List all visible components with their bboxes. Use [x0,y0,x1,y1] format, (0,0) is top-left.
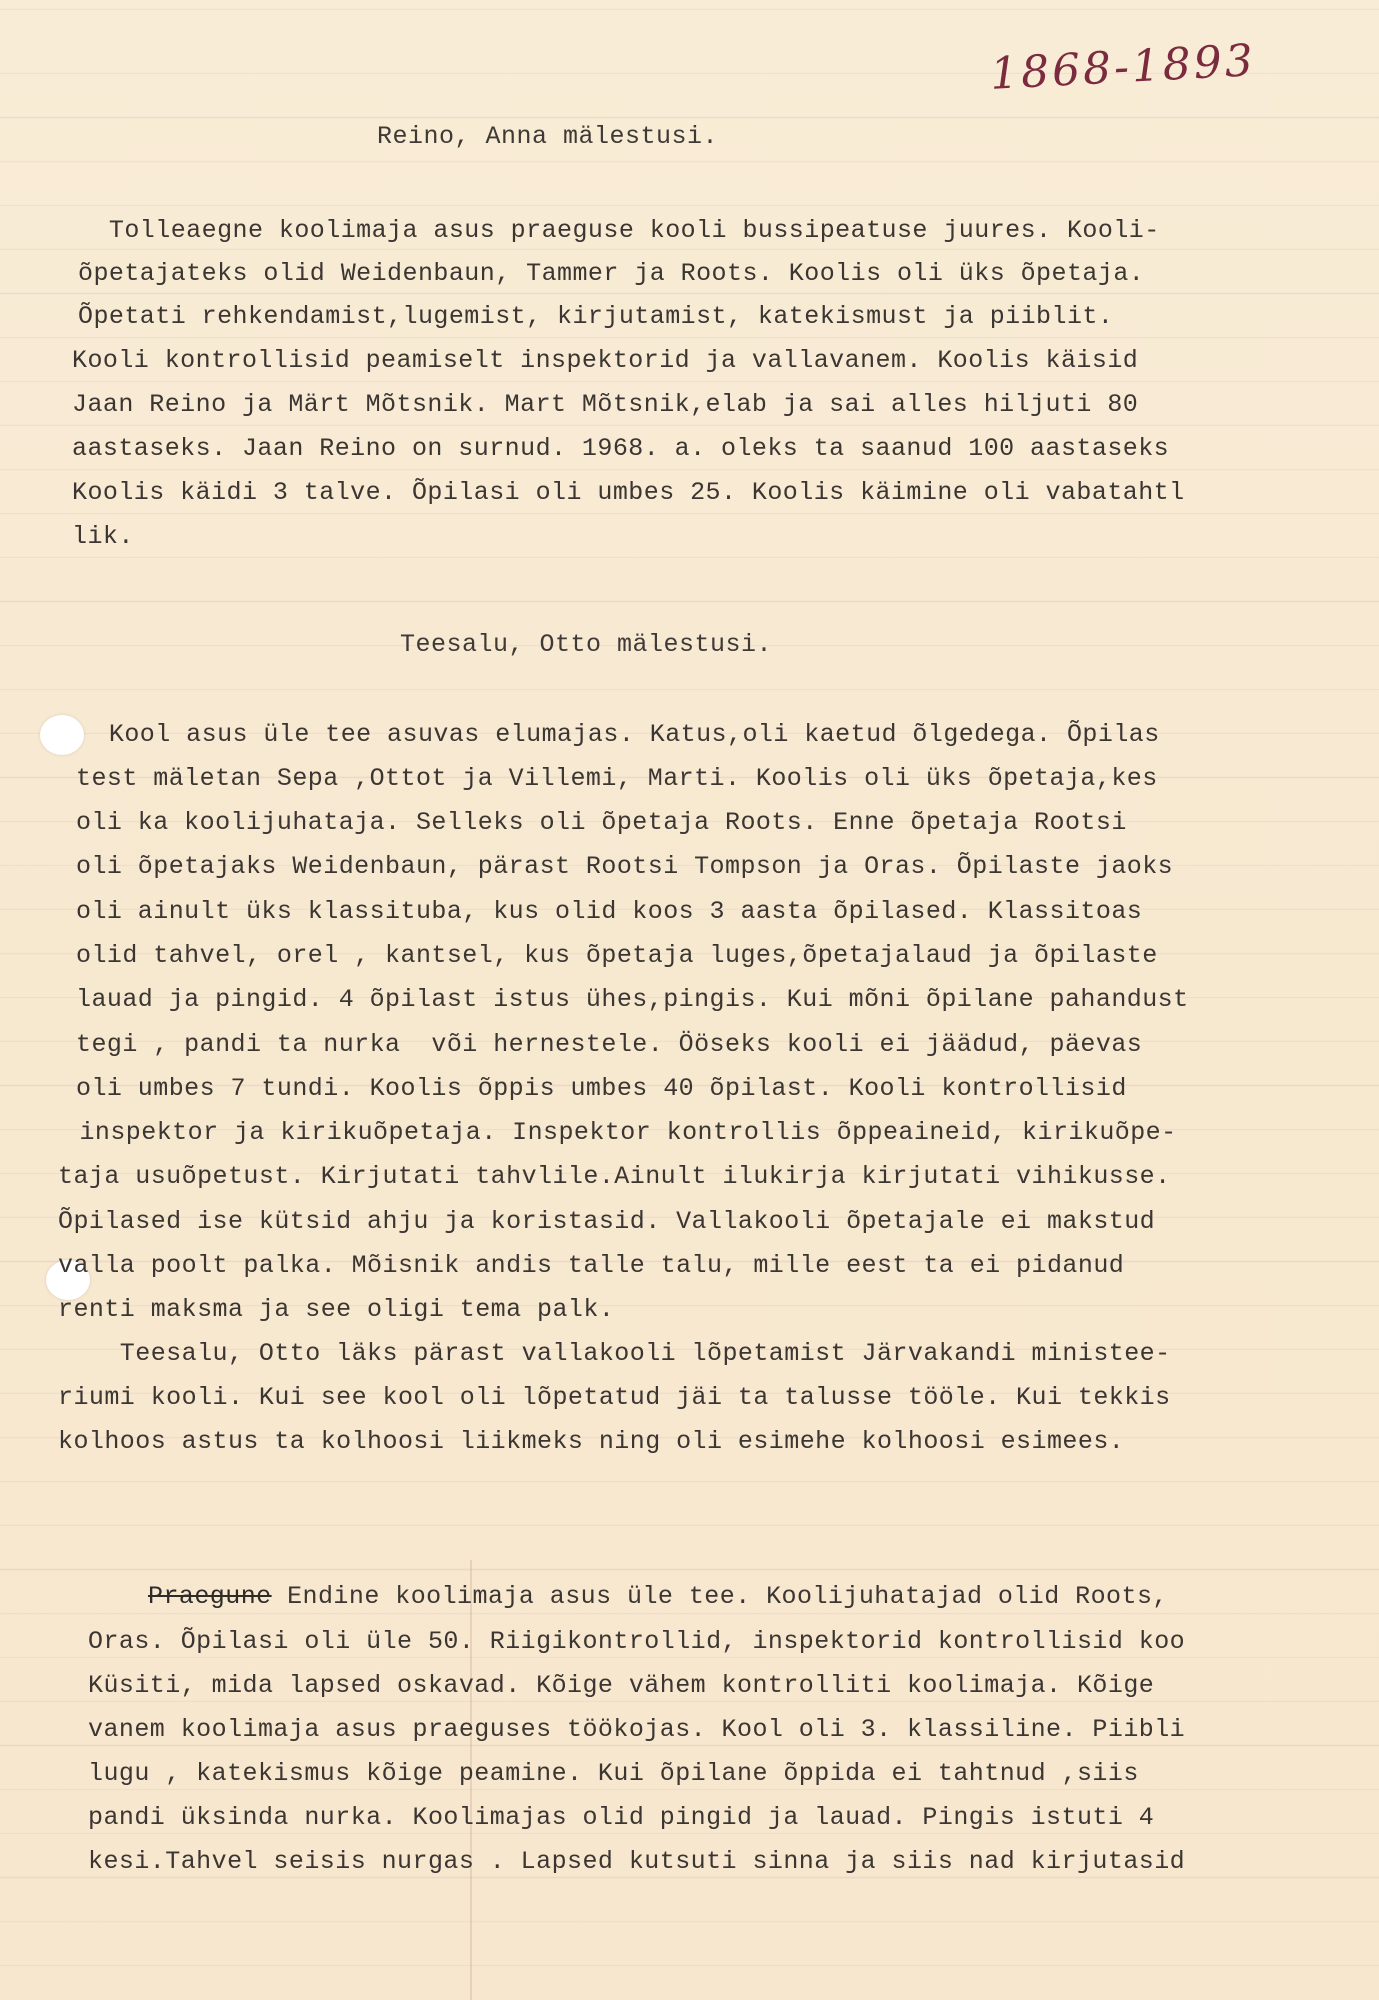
text-line: renti maksma ja see oligi tema palk. [58,1295,614,1324]
section-title-reino: Reino, Anna mälestusi. [377,122,718,151]
text-line: oli õpetajaks Weidenbaun, pärast Rootsi … [76,852,1173,881]
text-line: aastaseks. Jaan Reino on surnud. 1968. a… [72,434,1169,463]
text-line: test mäletan Sepa ,Ottot ja Villemi, Mar… [76,764,1158,793]
text-line-first: Praegune Endine koolimaja asus üle tee. … [148,1582,1168,1611]
text-line: Jaan Reino ja Märt Mõtsnik. Mart Mõtsnik… [72,390,1138,419]
text-line: lauad ja pingid. 4 õpilast istus ühes,pi… [76,985,1189,1014]
text-line: oli ainult üks klassituba, kus olid koos… [76,897,1142,926]
text-line: vanem koolimaja asus praeguses töökojas.… [88,1715,1185,1744]
struck-word: Praegune [148,1582,272,1611]
text-line-rest: Endine koolimaja asus üle tee. Koolijuha… [272,1582,1168,1611]
text-line: õpetajateks olid Weidenbaun, Tammer ja R… [78,259,1144,288]
section-title-teesalu: Teesalu, Otto mälestusi. [400,630,772,659]
text-line: Kool asus üle tee asuvas elumajas. Katus… [78,720,1160,749]
text-line: tegi , pandi ta nurka või hernestele. Öö… [76,1030,1142,1059]
text-line: Oras. Õpilasi oli üle 50. Riigikontrolli… [88,1627,1185,1656]
text-line: Kooli kontrollisid peamiselt inspektorid… [72,346,1138,375]
text-line: Küsiti, mida lapsed oskavad. Kõige vähem… [88,1671,1154,1700]
text-line: taja usuõpetust. Kirjutati tahvlile.Ainu… [58,1162,1171,1191]
text-line: oli umbes 7 tundi. Koolis õppis umbes 40… [76,1074,1127,1103]
text-line: valla poolt palka. Mõisnik andis talle t… [58,1251,1124,1280]
text-line: pandi üksinda nurka. Koolimajas olid pin… [88,1803,1154,1832]
text-line: kolhoos astus ta kolhoosi liikmeks ning … [58,1427,1124,1456]
text-line: Teesalu, Otto läks pärast vallakooli lõp… [58,1339,1171,1368]
handwritten-date-annotation: 1868-1893 [989,35,1257,100]
text-line: Tolleaegne koolimaja asus praeguse kooli… [78,216,1160,245]
text-line: Koolis käidi 3 talve. Õpilasi oli umbes … [72,478,1185,507]
text-line: inspektor ja kirikuõpetaja. Inspektor ko… [64,1118,1177,1147]
text-line: kesi.Tahvel seisis nurgas . Lapsed kutsu… [88,1847,1185,1876]
text-line: Õpetati rehkendamist,lugemist, kirjutami… [78,302,1113,331]
text-line: olid tahvel, orel , kantsel, kus õpetaja… [76,941,1158,970]
text-line: oli ka koolijuhataja. Selleks oli õpetaj… [76,808,1127,837]
typewritten-page: 1868-1893 Reino, Anna mälestusi. Tolleae… [0,0,1379,2000]
text-line: lik. [72,522,134,551]
text-line: lugu , katekismus kõige peamine. Kui õpi… [88,1759,1139,1788]
text-line: Õpilased ise kütsid ahju ja koristasid. … [58,1207,1155,1236]
text-line: riumi kooli. Kui see kool oli lõpetatud … [58,1383,1171,1412]
